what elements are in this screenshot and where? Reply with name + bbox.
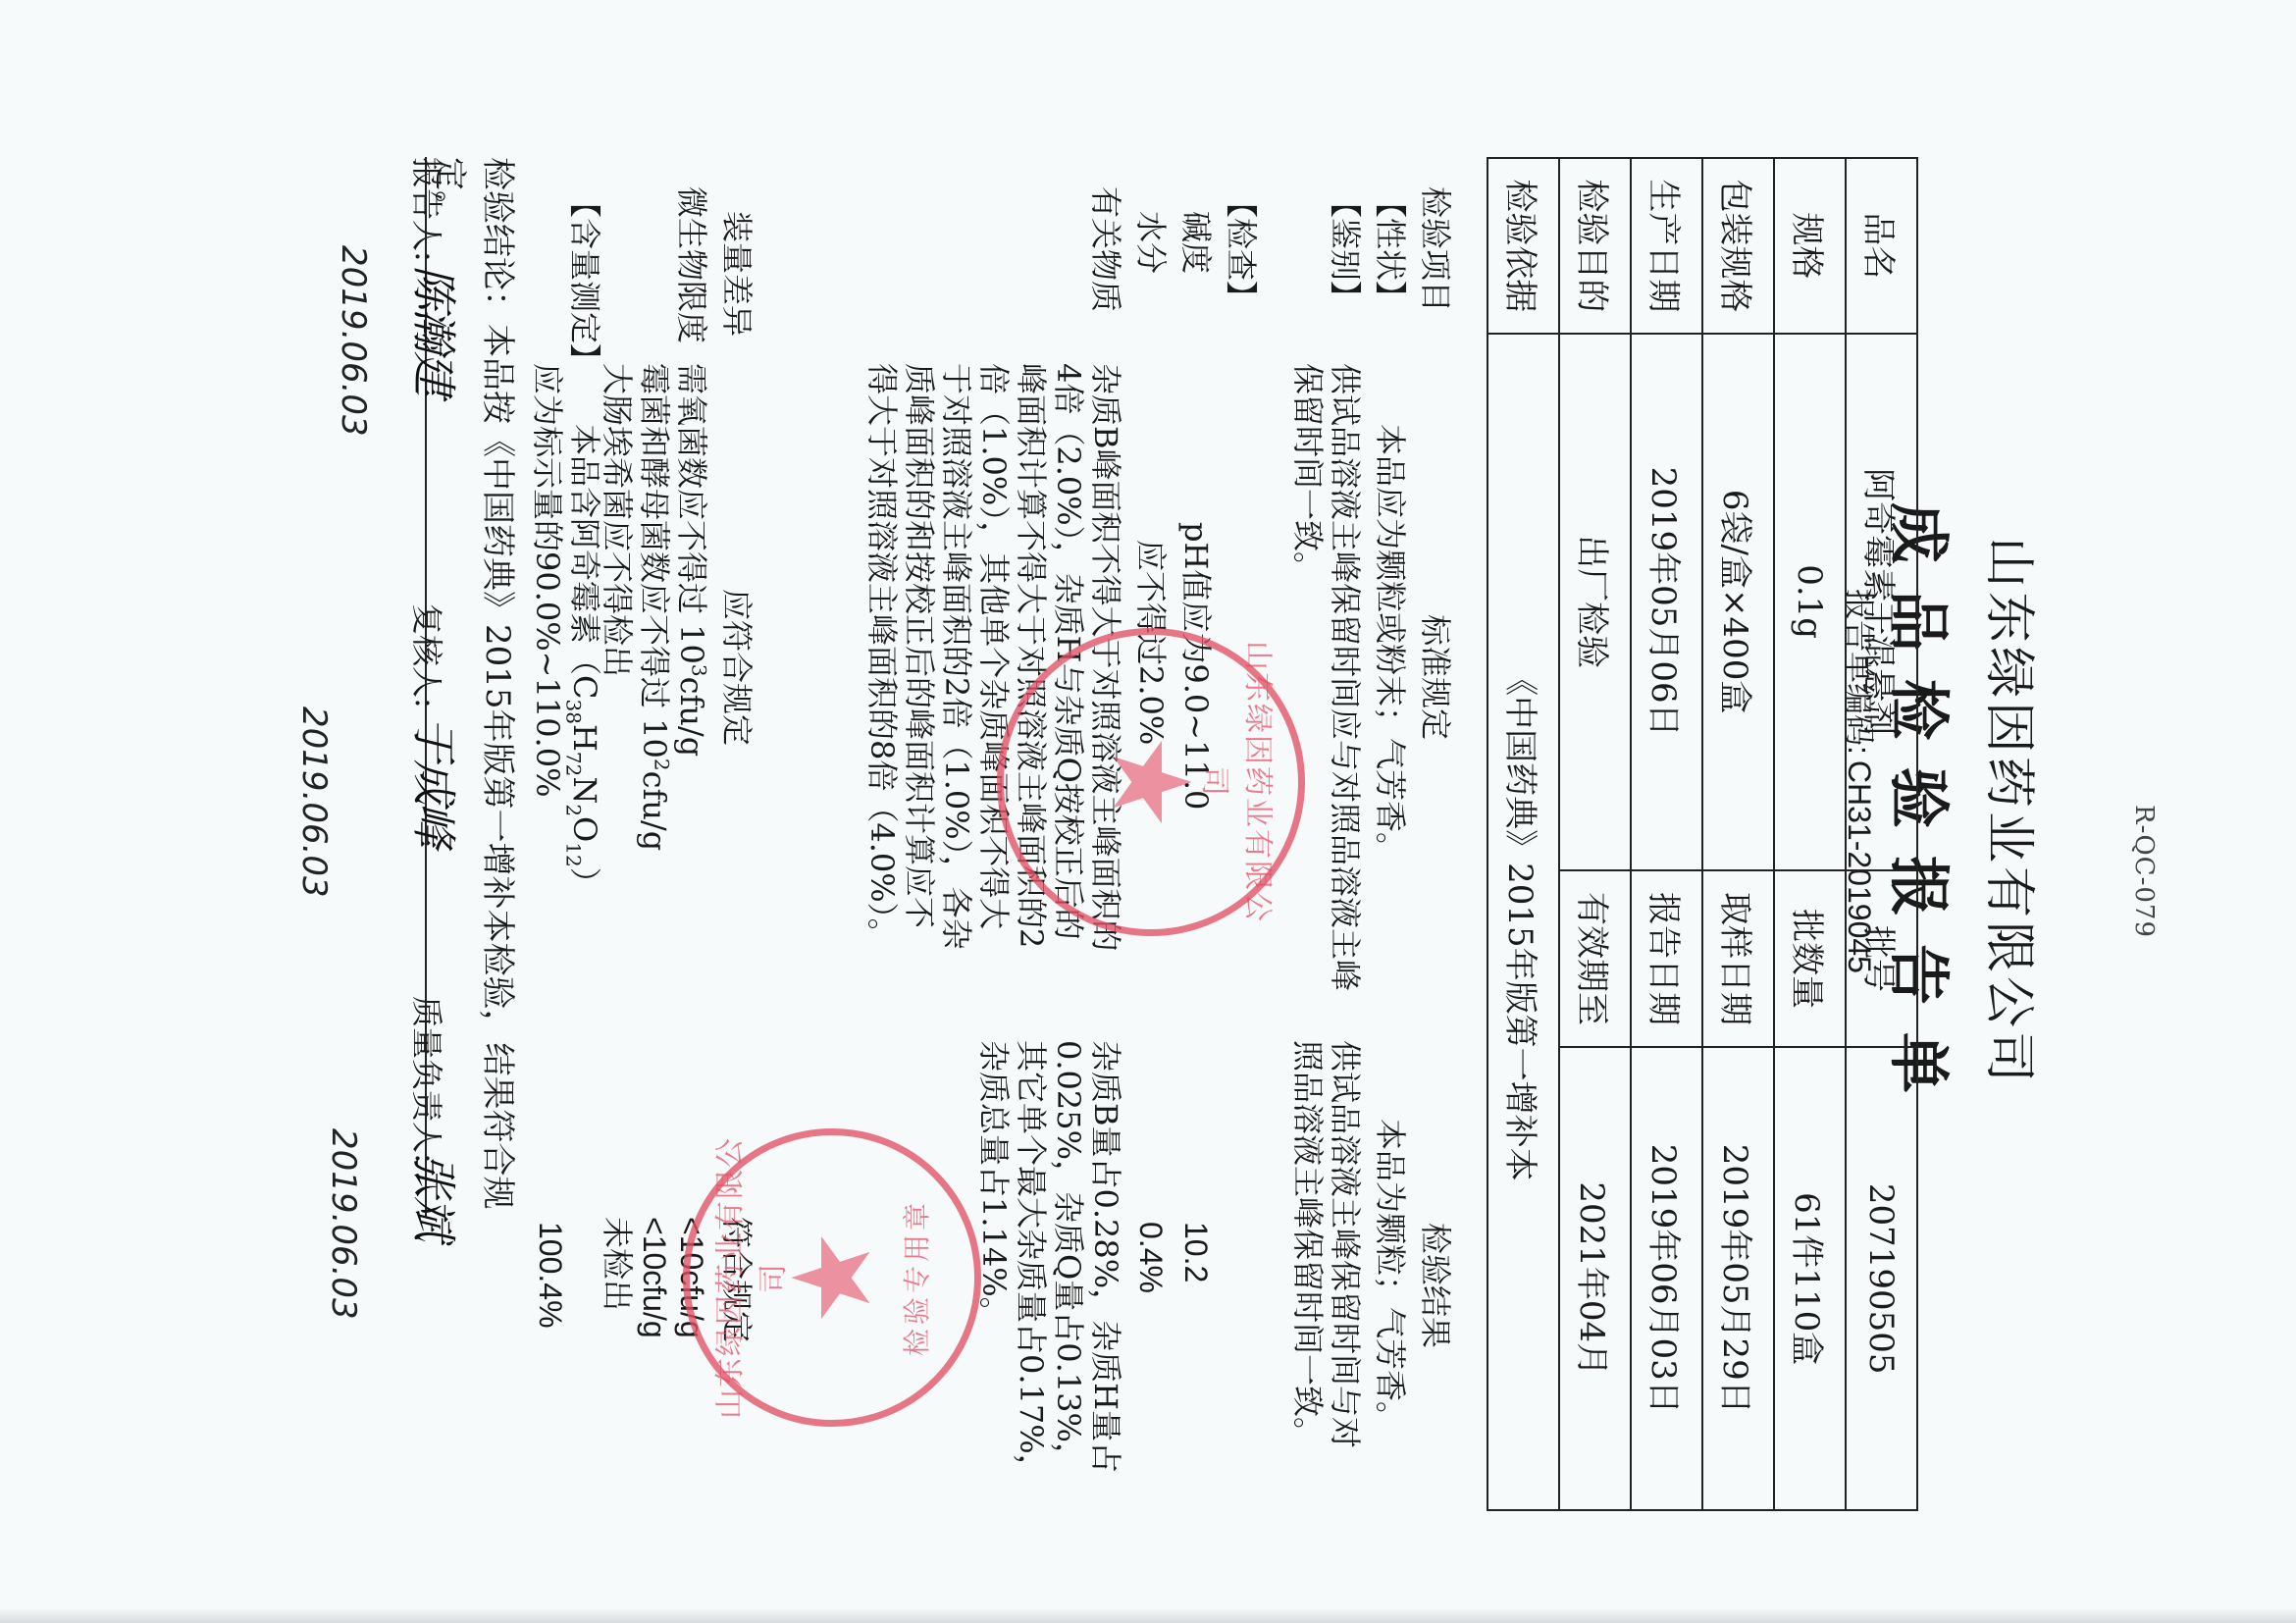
microbial-standard-line: 需氧菌数应不得过 103cfu/g	[673, 363, 710, 991]
reporter-signature: 陈瀚建	[404, 265, 469, 394]
section-assay: 【含量测定】	[566, 186, 603, 375]
info-label: 规格	[1774, 158, 1846, 334]
section-appearance: 【性状】	[1372, 186, 1409, 312]
info-value: 0.1g	[1774, 334, 1846, 870]
info-value: 2019年06月03日	[1631, 1047, 1702, 1510]
info-label: 取样日期	[1702, 870, 1774, 1048]
header-standard: 标准规定	[1417, 363, 1454, 991]
reviewer-date: 2019.06.03	[294, 707, 334, 898]
reporter-date: 2019.06.03	[334, 245, 373, 437]
inspection-seal-label: 检验专用章	[896, 1135, 935, 1420]
assay-standard: 本品含阿奇霉素（C38H72N2O12） 应为标示量的90.0%~110.0%	[529, 363, 603, 991]
info-label: 有效期至	[1559, 870, 1631, 1048]
water-label: 水分	[1132, 211, 1170, 274]
assay-standard-line2: 应为标示量的90.0%~110.0%	[529, 363, 566, 991]
info-value: 阿奇霉素干混悬剂	[1846, 334, 1917, 870]
info-value: 2021年04月	[1559, 1047, 1631, 1510]
related-substances-label: 有关物质	[1087, 186, 1124, 312]
info-label: 品名	[1846, 158, 1917, 334]
info-label: 生产日期	[1631, 158, 1702, 334]
info-value: 2019年05月06日	[1631, 334, 1702, 870]
section-identification: 【鉴别】	[1327, 186, 1364, 312]
microbial-label: 微生物限度	[673, 186, 710, 343]
product-info-table: 品名阿奇霉素干混悬剂批号207190505规格0.1g批数量61件110盒包装规…	[1487, 157, 1918, 1511]
info-label: 批数量	[1774, 870, 1846, 1048]
microbial-result-line: 未检出	[599, 1217, 636, 1338]
info-row: 品名阿奇霉素干混悬剂批号207190505	[1846, 158, 1917, 1510]
info-value: 61件110盒	[1774, 1047, 1846, 1510]
info-row: 生产日期2019年05月06日报告日期2019年06月03日	[1631, 158, 1702, 1510]
star-icon: ★	[1097, 734, 1205, 831]
qa-label: 质量负责人:	[406, 996, 451, 1164]
info-label: 报告日期	[1631, 870, 1702, 1048]
identification-result: 供试品溶液主峰保留时间与对照品溶液主峰保留时间一致。	[1289, 1040, 1364, 1472]
star-icon: ★	[778, 1230, 886, 1327]
company-seal-text: 山东绿因药业有限公司	[1196, 635, 1282, 929]
info-label: 批号	[1846, 870, 1917, 1048]
header-result: 检验结果	[1417, 1040, 1454, 1531]
info-row-basis: 检验依据《中国药典》2015年版第一增补本	[1487, 158, 1559, 1510]
company-seal: 山东绿因药业有限公司 ★	[997, 628, 1305, 936]
assay-result: 100.4%	[532, 1222, 569, 1329]
fill-variation-label: 装量差异	[718, 211, 756, 337]
microbial-standard-line: 霉菌和酵母菌数应不得过 102cfu/g	[636, 363, 673, 991]
section-checks: 【检查】	[1223, 186, 1260, 312]
info-row: 包装规格6袋/盒×400盒取样日期2019年05月29日	[1702, 158, 1774, 1510]
basis-label: 检验依据	[1487, 158, 1559, 334]
alkalinity-result: 10.2	[1177, 1222, 1215, 1283]
reviewer-label: 复核人:	[406, 603, 451, 708]
info-label: 检验目的	[1559, 158, 1631, 334]
appearance-result: 本品为颗粒；气芳香。	[1372, 1040, 1409, 1531]
info-label: 包装规格	[1702, 158, 1774, 334]
info-value: 6袋/盒×400盒	[1702, 334, 1774, 870]
reporter-label: 报告人:	[406, 157, 451, 262]
inspection-seal: 山东绿因药业有限公司 ★ 检验专用章	[683, 1128, 981, 1427]
basis-value: 《中国药典》2015年版第一增补本	[1487, 334, 1559, 1510]
info-value: 出厂检验	[1559, 334, 1631, 870]
alkalinity-label: 碱度	[1177, 211, 1215, 274]
info-value: 207190505	[1846, 1047, 1917, 1510]
assay-standard-line1: 本品含阿奇霉素（C38H72N2O12）	[566, 363, 603, 991]
reviewer-signature: 于成峰	[404, 716, 469, 846]
appearance-standard: 本品应为颗粒或粉末；气芳香。	[1372, 363, 1409, 991]
fill-variation-standard: 应符合规定	[718, 363, 756, 991]
form-code: R-QC-079	[2129, 805, 2159, 938]
info-row: 检验目的出厂检验有效期至2021年04月	[1559, 158, 1631, 1510]
microbial-standard: 需氧菌数应不得过 103cfu/g 霉菌和酵母菌数应不得过 102cfu/g 大…	[599, 363, 710, 991]
report-page: R-QC-079 山东绿因药业有限公司 成品检验报告单 报告单编码:CH31-2…	[0, 0, 2296, 1623]
qa-date: 2019.06.03	[324, 1128, 363, 1320]
related-substances-result: 杂质B量占0.28%，杂质H量占0.025%，杂质Q量占0.13%，其它单个最大…	[975, 1040, 1124, 1501]
company-name: 山东绿因药业有限公司	[1977, 0, 2051, 1623]
identification-standard: 供试品溶液主峰保留时间应与对照品溶液主峰保留时间一致。	[1289, 363, 1364, 991]
header-item: 检验项目	[1417, 186, 1454, 312]
inspection-seal-text: 山东绿因药业有限公司	[705, 1135, 792, 1420]
qa-signature: 张斌	[404, 1153, 469, 1239]
microbial-result-line: <10cfu/g	[636, 1217, 673, 1338]
water-result: 0.4%	[1132, 1222, 1170, 1293]
microbial-standard-line: 大肠埃希菌应不得检出	[599, 363, 636, 991]
info-row: 规格0.1g批数量61件110盒	[1774, 158, 1846, 1510]
info-value: 2019年05月29日	[1702, 1047, 1774, 1510]
